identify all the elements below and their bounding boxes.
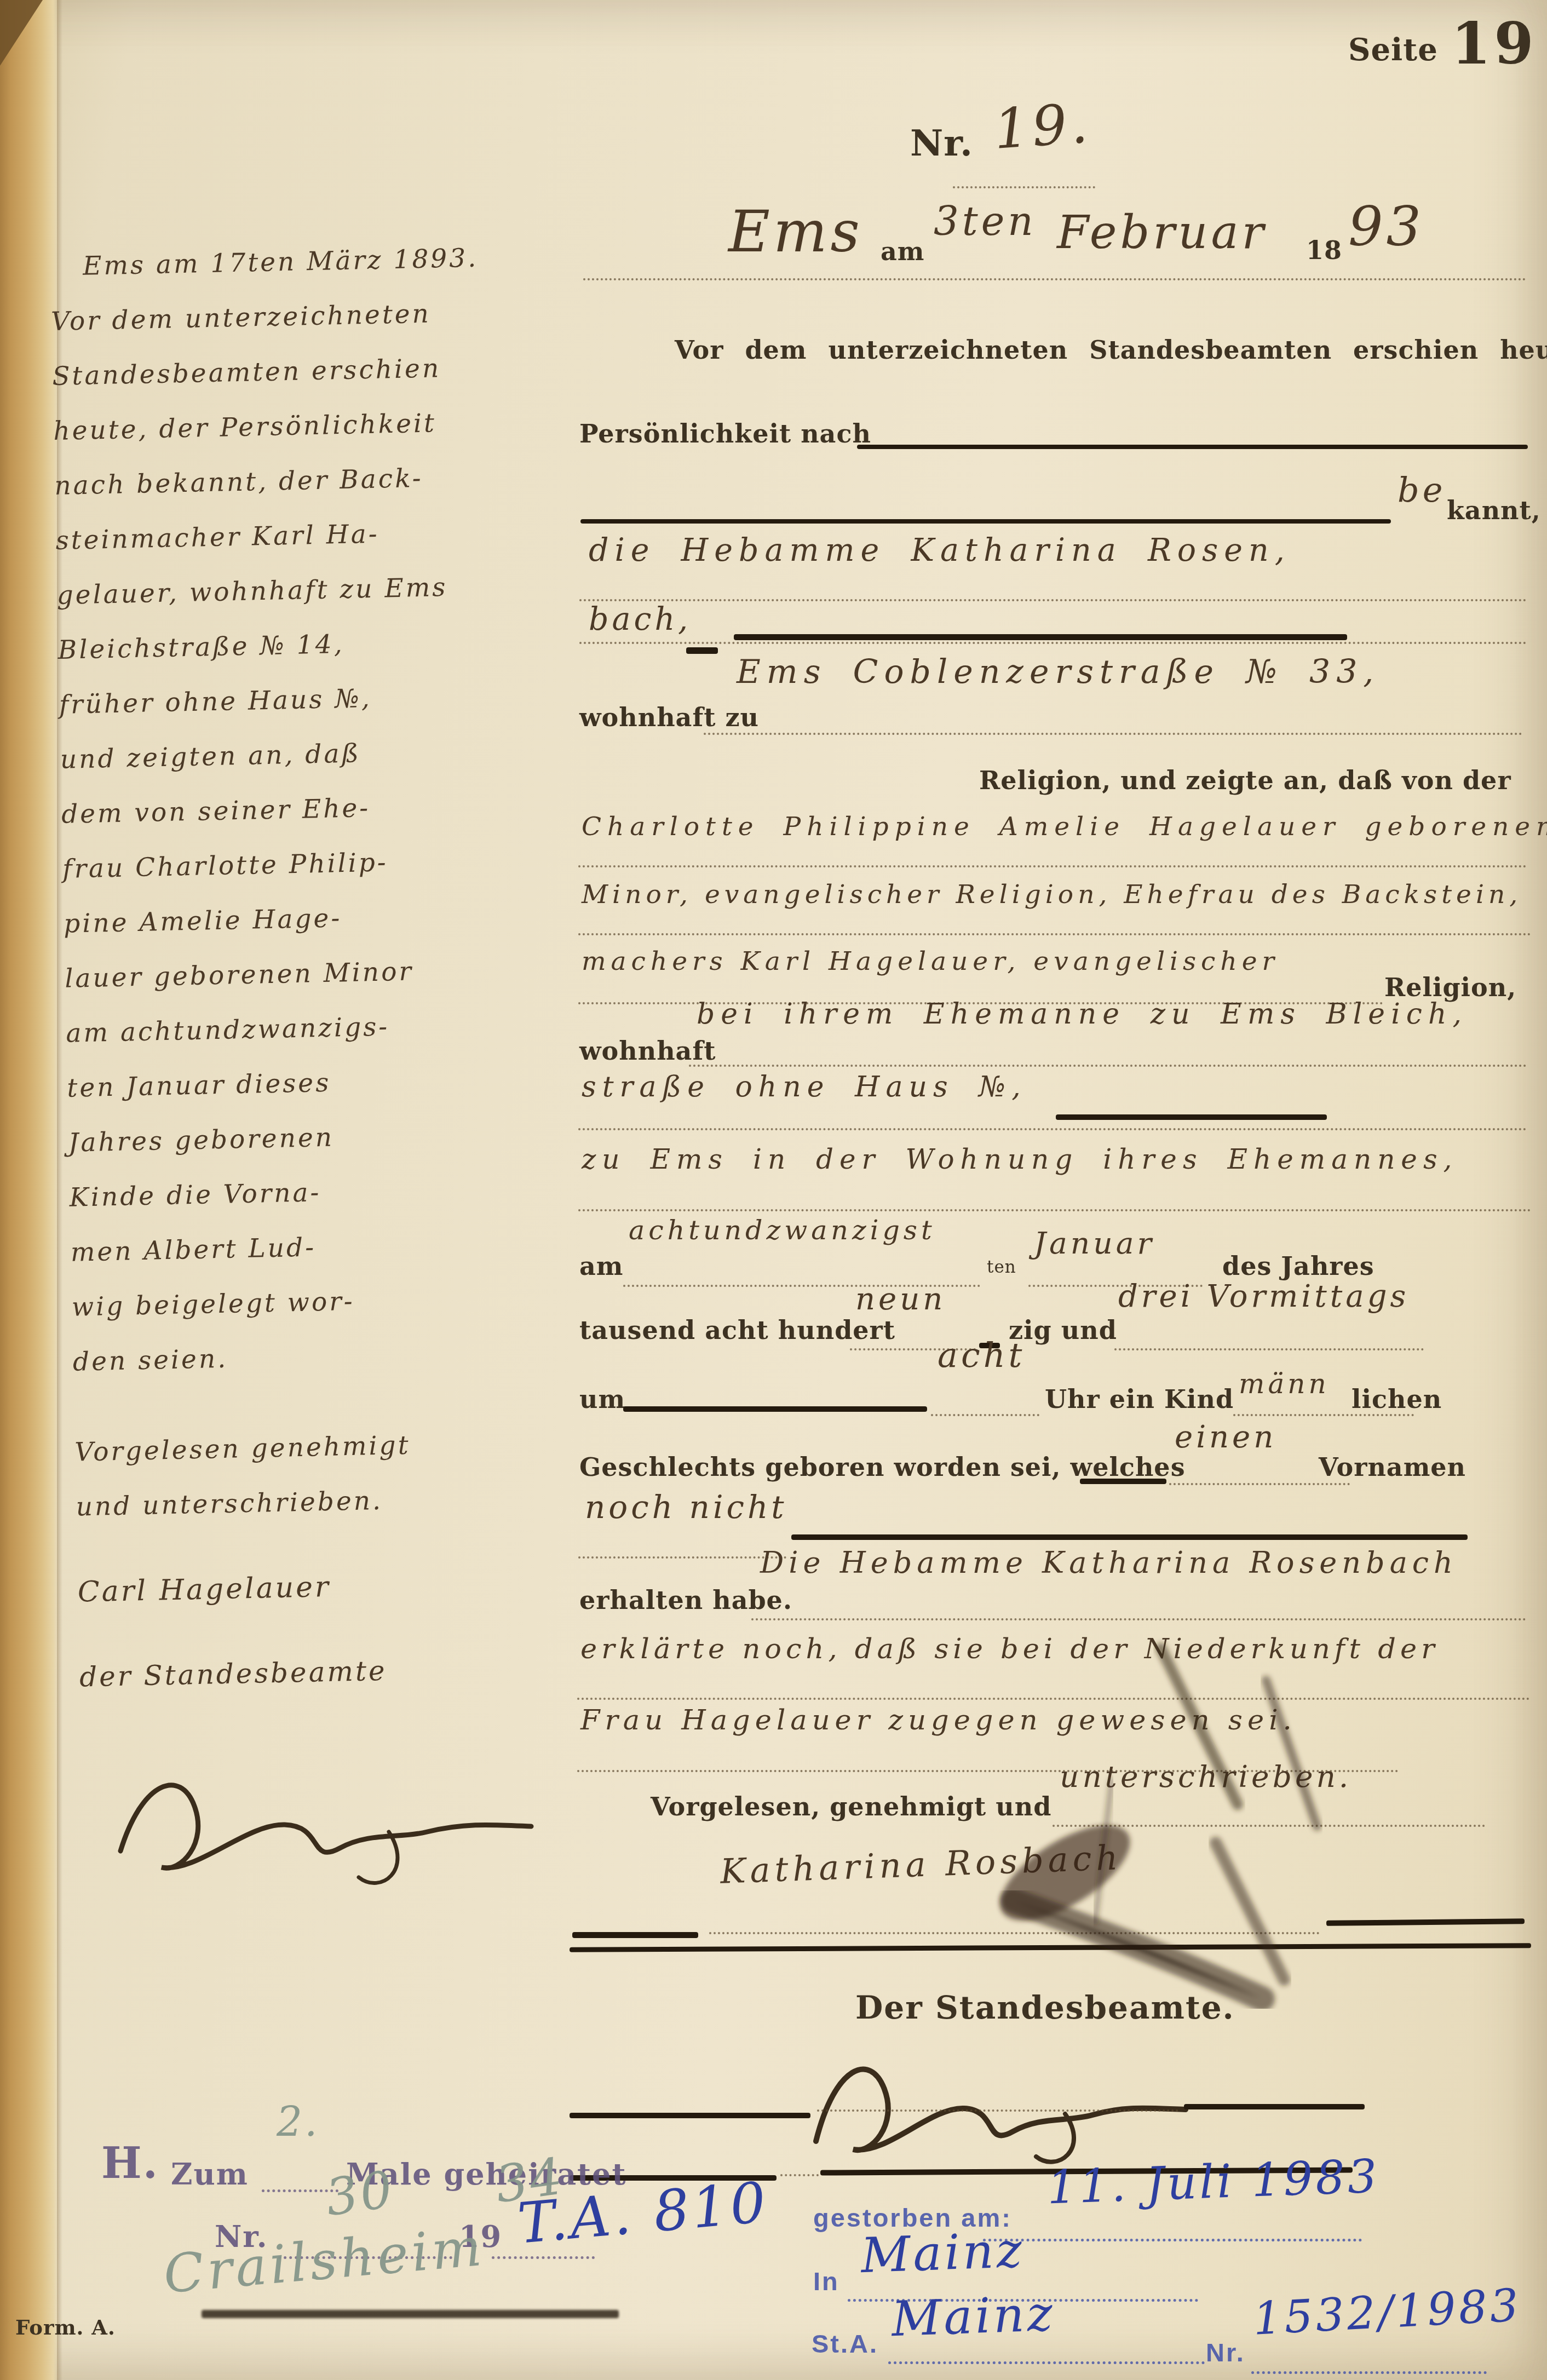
- am-print: am: [579, 1251, 623, 1281]
- seite-label: Seite: [1348, 32, 1438, 68]
- margin-line: nach bekannt, der Back-: [54, 448, 567, 514]
- midwife-statement-1: Die Hebamme Katharina Rosenbach: [760, 1545, 1458, 1580]
- dotted-line: [578, 1209, 1531, 1211]
- death-stamp-line: [983, 2239, 1362, 2241]
- tausend-print: tausend acht hundert: [579, 1315, 895, 1345]
- margin-line: dem von seiner Ehe-: [61, 777, 574, 842]
- vornamen-print: Vornamen: [1319, 1452, 1466, 1482]
- dotted-line: [1114, 1348, 1424, 1350]
- margin-line: wig beigelegt wor-: [71, 1269, 584, 1335]
- dotted-line: [1169, 1483, 1350, 1485]
- death-stamp-in-label: In: [813, 2266, 839, 2296]
- lichen-print: lichen: [1352, 1384, 1442, 1414]
- mother-line-1: Charlotte Philippine Amelie Hagelauer ge…: [582, 812, 1547, 842]
- blank-rule: [791, 1534, 1468, 1540]
- signature-rule-left: [572, 1932, 698, 1938]
- death-stamp-sta-label: St.A.: [812, 2329, 878, 2359]
- dateline-dotted: [583, 278, 1526, 280]
- margin-line: Vorgelesen genehmigt: [74, 1415, 587, 1480]
- margin-line: lauer geborenen Minor: [64, 941, 577, 1007]
- address-value: Ems Coblenzerstraße № 33,: [737, 653, 1379, 691]
- dotted-line: [780, 2174, 819, 2176]
- marriage-nr-hand: 30: [322, 2160, 398, 2227]
- signature-rule-right: [1184, 2104, 1365, 2109]
- blank-rule: [734, 634, 1347, 640]
- margin-registrar-signature-flourish: [82, 1741, 564, 1895]
- date-day: 3ten: [934, 198, 1037, 244]
- wohnhaft-zu-label: wohnhaft zu: [579, 703, 759, 732]
- death-date-hand: 11. Juli 1983: [1046, 2149, 1380, 2214]
- wohnhaft-print: wohnhaft: [579, 1036, 716, 1066]
- dotted-line: [578, 865, 1527, 867]
- death-place-hand: Mainz: [860, 2222, 1025, 2284]
- margin-line: heute, der Persönlichkeit: [53, 393, 566, 459]
- date-year: 93: [1348, 194, 1424, 258]
- corner-fold: [0, 0, 43, 66]
- margin-signature-father: Carl Hagelauer: [77, 1554, 590, 1620]
- date-am-label: am: [881, 237, 924, 266]
- margin-line: und zeigten an, daß: [60, 722, 573, 787]
- residence-value: bei ihrem Ehemanne zu Ems Bleich,: [697, 998, 1468, 1031]
- dotted-line: [689, 1065, 1527, 1067]
- um-print: um: [579, 1384, 625, 1414]
- birth-day-hand: achtundzwanzigst: [629, 1215, 936, 1246]
- birth-month-hand: Januar: [1034, 1226, 1155, 1261]
- uhr-kind-print: Uhr ein Kind: [1045, 1384, 1234, 1414]
- marriage-place-hand: Crailsheim: [161, 2216, 487, 2306]
- mother-line-2: Minor, evangelischer Religion, Ehefrau d…: [582, 879, 1522, 910]
- marriage-count-hand: 2.: [277, 2099, 320, 2146]
- blank-rule: [857, 445, 1528, 449]
- intro-line: Vor dem unterzeichneten Standesbeamten e…: [675, 335, 1547, 365]
- margin-line: am achtundzwanzigs-: [65, 996, 578, 1061]
- nochnicht-hand: noch nicht: [585, 1488, 787, 1526]
- date-century: 18: [1306, 235, 1342, 265]
- margin-line: den seien.: [72, 1324, 585, 1390]
- margin-line: Ems am 17ten März 1893.: [49, 229, 562, 295]
- margin-line: pine Amelie Hage-: [63, 886, 576, 952]
- death-nr-hand: 1532/1983: [1252, 2279, 1522, 2345]
- blank-rule: [623, 1406, 927, 1412]
- margin-line: Bleichstraße № 14,: [57, 612, 571, 678]
- drei-vormittags-hand: drei Vormittags: [1118, 1279, 1409, 1314]
- dotted-line: [579, 599, 1527, 601]
- marriage-stamp-line: [492, 2256, 595, 2259]
- dotted-line: [578, 1128, 1527, 1130]
- death-stamp-line: [1251, 2371, 1487, 2374]
- margin-line: Kinde die Vorna-: [69, 1160, 582, 1226]
- mother-line-3: machers Karl Hagelauer, evangelischer: [582, 946, 1279, 976]
- margin-note: Ems am 17ten März 1893. Vor dem unterzei…: [49, 229, 592, 1705]
- blank-rule: [580, 519, 1391, 524]
- hebamme-name-line2: bach,: [589, 601, 691, 637]
- blank-rule: [1056, 1114, 1327, 1120]
- persoenlichkeit-label: Persönlichkeit nach: [579, 419, 871, 449]
- dotted-line: [578, 1556, 786, 1559]
- nr-label: Nr.: [910, 122, 973, 164]
- marriage-stamp-zum-label: Zum: [171, 2157, 249, 2192]
- neunzig-hand: neun: [855, 1281, 946, 1317]
- date-place: Ems: [728, 198, 863, 265]
- des-jahres-print: des Jahres: [1222, 1251, 1375, 1281]
- dotted-line: [579, 642, 1527, 644]
- dotted-line: [578, 933, 1531, 935]
- smudged-underline: [202, 2310, 619, 2318]
- erhalten-print: erhalten habe.: [579, 1585, 792, 1615]
- dotted-line: [931, 1414, 1039, 1416]
- religion-zeigte-line: Religion, und zeigte an, daß von der: [979, 766, 1511, 795]
- document-page: Seite 19 Nr. 19. Ems am 3ten Februar 18 …: [0, 0, 1547, 2380]
- date-month: Februar: [1057, 205, 1267, 259]
- death-stamp-nr-label: Nr.: [1206, 2337, 1245, 2367]
- street-line: straße ohne Haus №,: [582, 1071, 1027, 1103]
- margin-line: Vor dem unterzeichneten: [50, 284, 563, 349]
- birthplace-line: zu Ems in der Wohnung ihres Ehemannes,: [582, 1143, 1458, 1175]
- page-number: 19: [1451, 10, 1537, 77]
- dotted-line: [817, 2109, 1178, 2112]
- form-label: Form. A.: [15, 2315, 116, 2339]
- dotted-line: [704, 733, 1522, 735]
- hour-hand: acht: [938, 1335, 1026, 1375]
- margin-line: Jahres geborenen: [68, 1105, 581, 1171]
- margin-line: früher ohne Haus №,: [59, 667, 572, 733]
- signature-rule-left: [570, 2113, 810, 2118]
- margin-line: frau Charlotte Philip-: [62, 831, 575, 897]
- margin-line: steinmacher Karl Ha-: [55, 503, 568, 568]
- marriage-stamp-h-label: H.: [101, 2138, 159, 2188]
- nr-value: 19.: [992, 91, 1093, 162]
- hebamme-name-line1: die Hebamme Katharina Rosen,: [589, 532, 1291, 568]
- gender-hand: männ: [1239, 1368, 1330, 1400]
- book-binding-edge: [0, 0, 59, 2380]
- margin-line: men Albert Lud-: [70, 1215, 583, 1280]
- ten-suffix: ten: [987, 1257, 1016, 1277]
- dotted-line: [1233, 1414, 1414, 1416]
- death-stamp-line: [888, 2361, 1205, 2364]
- margin-registrar-title: der Standesbeamte: [79, 1639, 592, 1705]
- pen-dash: [1080, 1479, 1166, 1484]
- einen-hand: einen: [1175, 1419, 1276, 1455]
- death-sta-place-hand: Mainz: [890, 2285, 1056, 2347]
- ink-smudge-overlay: [931, 1616, 1380, 2054]
- margin-line: und unterschrieben.: [76, 1469, 589, 1535]
- margin-line: Standesbeamten erschien: [51, 338, 565, 404]
- kannt-print: kannt,: [1447, 496, 1541, 525]
- geschlechts-print: Geschlechts geboren worden sei, welches: [579, 1452, 1186, 1482]
- margin-line: ten Januar dieses: [67, 1050, 580, 1116]
- pen-dash: [686, 647, 718, 654]
- margin-line: gelauer, wohnhaft zu Ems: [56, 557, 570, 623]
- bekannt-hand: be: [1398, 470, 1446, 510]
- nr-dotted-line: [953, 186, 1095, 188]
